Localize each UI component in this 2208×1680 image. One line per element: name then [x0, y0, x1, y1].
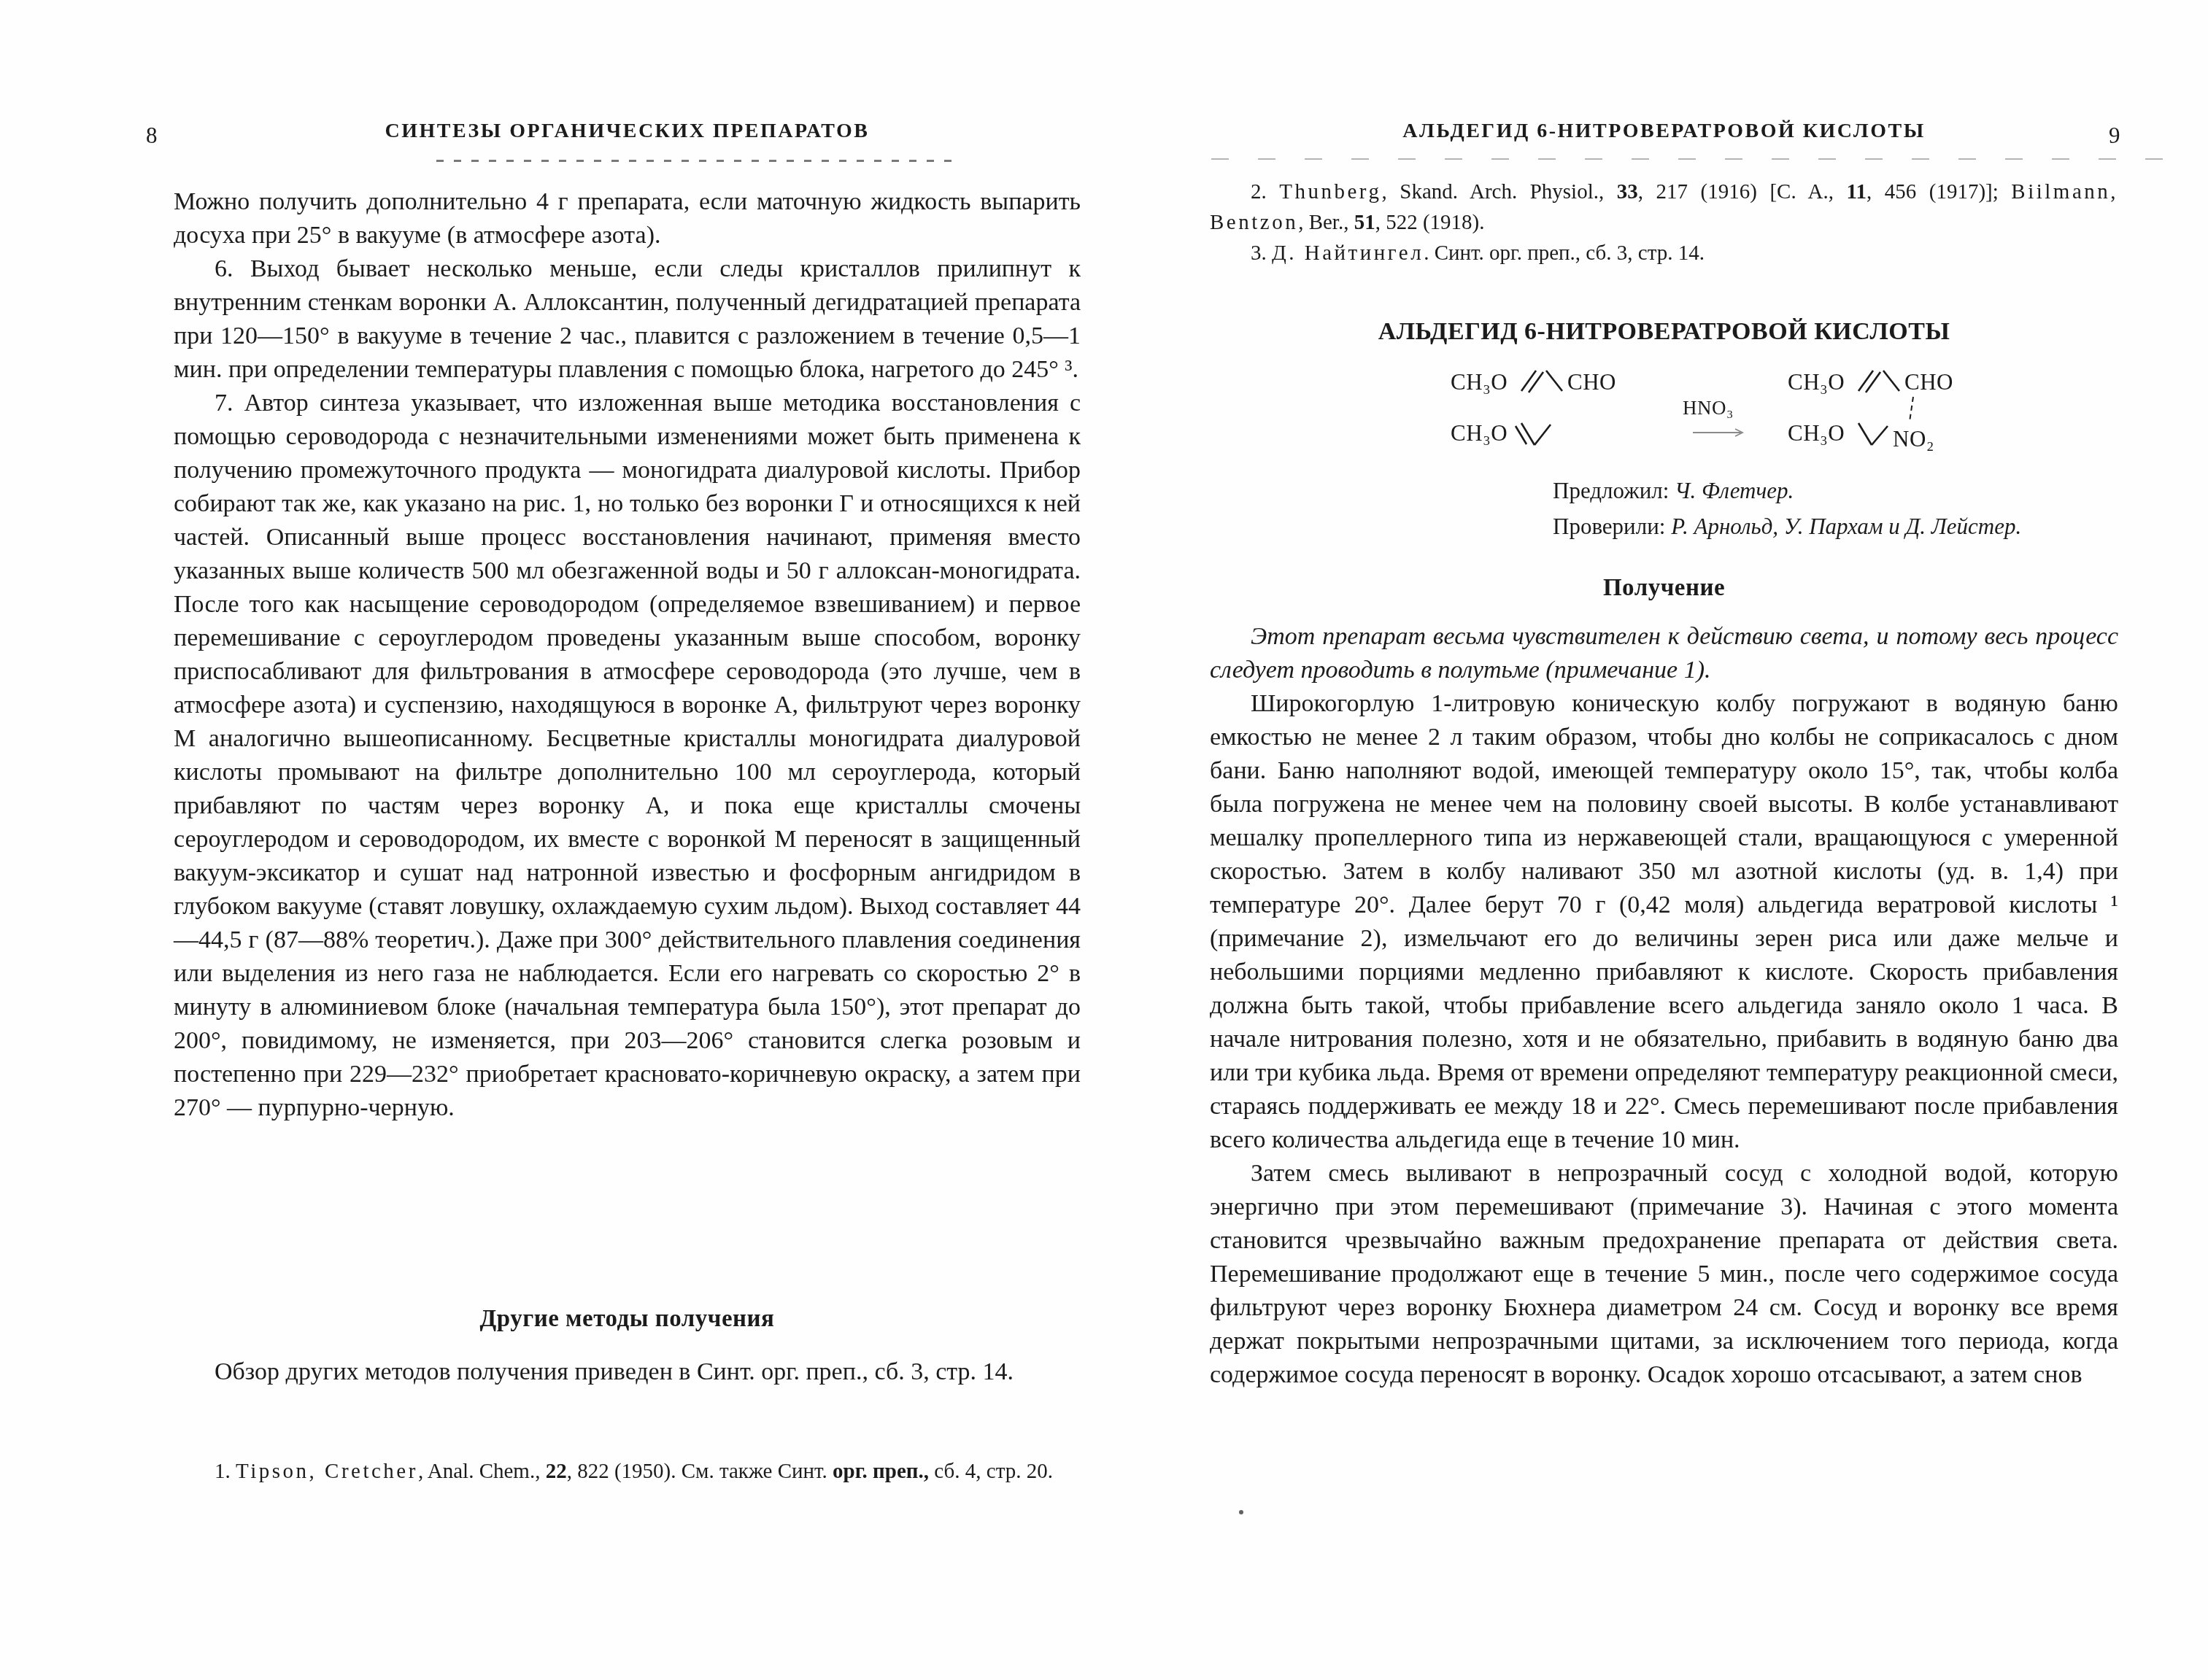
other-methods-heading: Другие методы получения [174, 1306, 1081, 1333]
paragraph-note-6: 6. Выход бывает несколько меньше, если с… [174, 252, 1081, 387]
bylines-block: Предложил: Ч. Флетчер. Проверили: Р. Арн… [1553, 473, 2021, 544]
reference-part: , 522 (1918). [1375, 211, 1485, 234]
right-text-column: Этот препарат весьма чувствителен к дейс… [1210, 620, 2118, 1392]
methoxy-label: CH₃O [1788, 369, 1845, 395]
left-header-rule [436, 160, 960, 162]
footnote-part: , Anal. Chem., [418, 1460, 546, 1483]
right-header-rule [1211, 158, 2185, 160]
preparation-heading: Получение [1210, 575, 2118, 602]
footnote-authors: Tipson, Cretcher [236, 1460, 418, 1483]
methoxy-label: CH₃O [1788, 420, 1845, 446]
other-methods-block: Обзор других методов получения приведен … [174, 1355, 1081, 1389]
checked-by-line: Проверили: Р. Арнольд, У. Пархам и Д. Ле… [1553, 508, 2021, 544]
paragraph: Можно получить дополнительно 4 г препара… [174, 185, 1081, 252]
book-spread-scan: 8 СИНТЕЗЫ ОРГАНИЧЕСКИХ ПРЕПАРАТОВ Можно … [0, 0, 2208, 1680]
reaction-scheme: CH₃O CHO CH₃O HNO₃ CH₃O CHO CH₃O NO₂ [1451, 359, 1994, 479]
reference-author: Thunberg [1279, 180, 1381, 204]
procedure-paragraph: Затем смесь выливают в непрозрачный сосу… [1210, 1157, 2118, 1392]
reagent-label: HNO₃ [1683, 397, 1734, 419]
right-running-head: АЛЬДЕГИД 6-НИТРОВЕРАТРОВОЙ КИСЛОТЫ [1210, 120, 2118, 143]
checked-by-label: Проверили: [1553, 514, 1671, 539]
reaction-arrow-icon [1693, 429, 1742, 436]
left-footnote-block: 1. Tipson, Cretcher, Anal. Chem., 22, 82… [174, 1456, 1081, 1487]
reference-part: , Ber., [1298, 211, 1354, 234]
right-page-number: 9 [2109, 123, 2120, 149]
proposed-by-line: Предложил: Ч. Флетчер. [1553, 473, 2021, 508]
reference-number: 2. [1251, 180, 1279, 204]
reference-volume: 33 [1617, 180, 1638, 204]
reference-part: . Синт. орг. преп., сб. 3, стр. 14. [1424, 241, 1705, 265]
reference-part: , Skand. Arch. Physiol., [1382, 180, 1617, 204]
left-running-head: СИНТЕЗЫ ОРГАНИЧЕСКИХ ПРЕПАРАТОВ [174, 120, 1081, 143]
footnote-1: 1. Tipson, Cretcher, Anal. Chem., 22, 82… [174, 1456, 1081, 1487]
proposed-by-name: Ч. Флетчер. [1675, 478, 1794, 503]
reference-part: , 217 (1916) [C. A., [1638, 180, 1847, 204]
procedure-paragraph: Широкогорлую 1-литровую коническую колбу… [1210, 687, 2118, 1157]
reference-3: 3. Д. Найтингел. Синт. орг. преп., сб. 3… [1210, 238, 2118, 268]
nitro-label: NO₂ [1893, 426, 1934, 452]
scan-speck [1239, 1510, 1243, 1514]
reference-volume: 51 [1354, 211, 1375, 234]
footnote-part: , 822 (1950). См. также Синт. [567, 1460, 833, 1483]
reference-number: 3. [1251, 241, 1272, 265]
reference-author: Д. Найтингел [1272, 241, 1424, 265]
right-references-block: 2. Thunberg, Skand. Arch. Physiol., 33, … [1210, 177, 2118, 268]
checked-by-names: Р. Арнольд, У. Пархам и Д. Лейстер. [1671, 514, 2021, 539]
article-title: АЛЬДЕГИД 6-НИТРОВЕРАТРОВОЙ КИСЛОТЫ [1210, 318, 2118, 346]
light-warning-paragraph: Этот препарат весьма чувствителен к дейс… [1210, 620, 2118, 687]
paragraph-note-7: 7. Автор синтеза указывает, что изложенн… [174, 387, 1081, 1125]
footnote-part: сб. 4, стр. 20. [929, 1460, 1053, 1483]
methoxy-label: CH₃O [1451, 420, 1508, 446]
left-page-number: 8 [146, 123, 158, 149]
reference-volume: 11 [1847, 180, 1867, 204]
reference-2: 2. Thunberg, Skand. Arch. Physiol., 33, … [1210, 177, 2118, 238]
other-methods-paragraph: Обзор других методов получения приведен … [174, 1355, 1081, 1389]
aldehyde-label: CHO [1904, 369, 1953, 395]
aldehyde-label: CHO [1567, 369, 1616, 395]
left-text-column: Можно получить дополнительно 4 г препара… [174, 185, 1081, 1125]
methoxy-label: CH₃O [1451, 369, 1508, 395]
footnote-part: орг. преп., [833, 1460, 929, 1483]
footnote-volume: 22 [546, 1460, 567, 1483]
proposed-by-label: Предложил: [1553, 478, 1675, 503]
reference-part: , 456 (1917)]; [1867, 180, 2011, 204]
footnote-number: 1. [215, 1460, 236, 1483]
